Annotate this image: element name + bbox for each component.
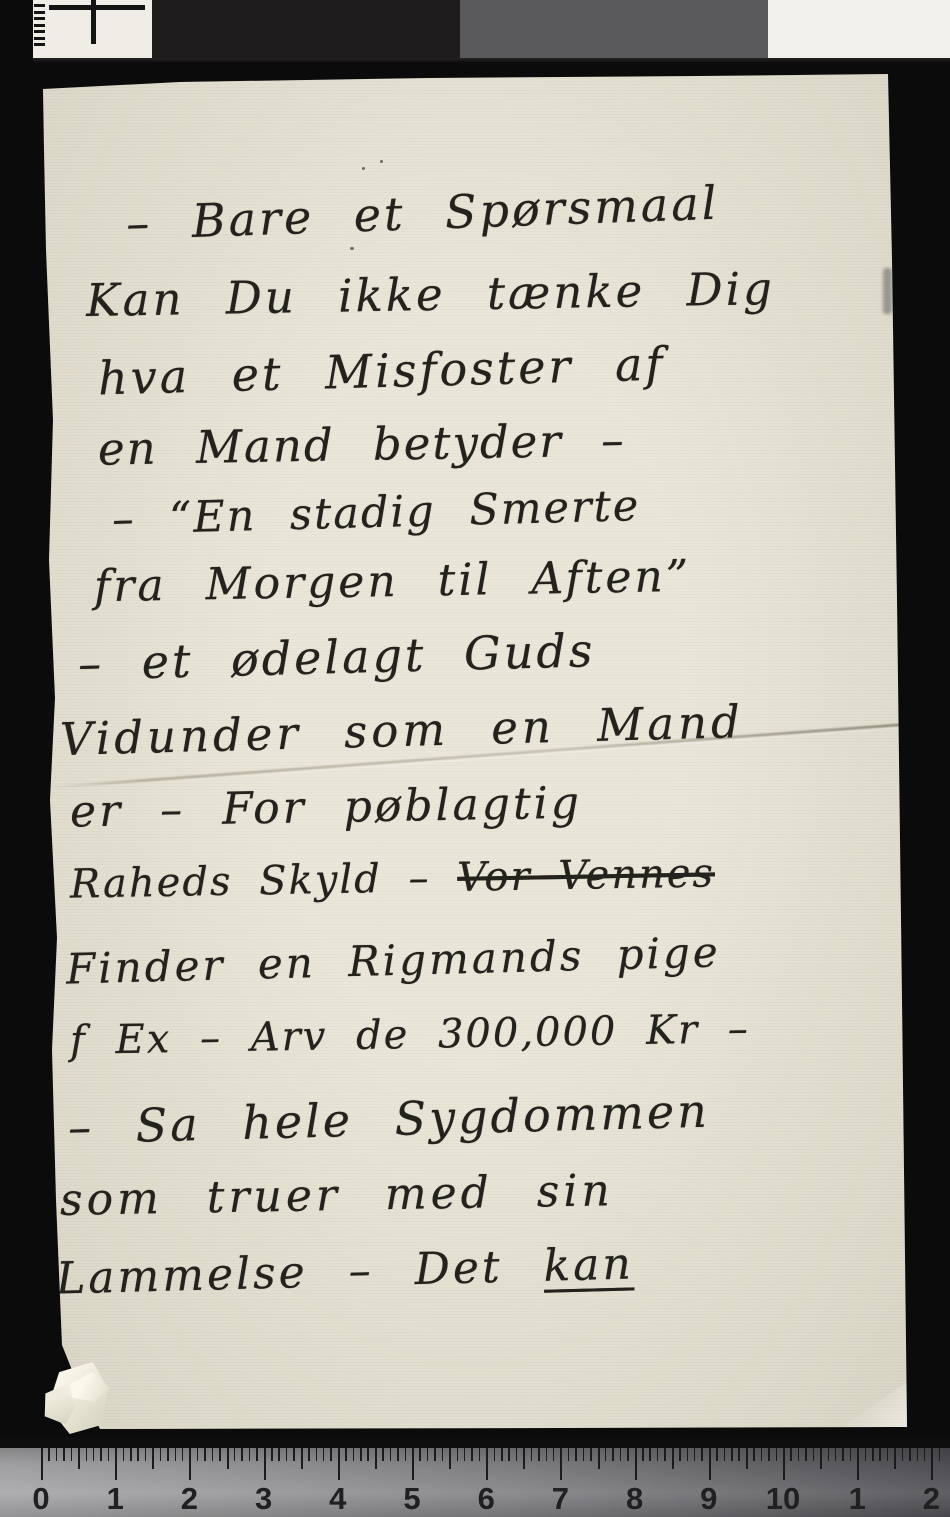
ruler-tick [531, 1448, 533, 1461]
ruler-label: 2 [181, 1481, 198, 1517]
ruler-tick [360, 1448, 362, 1461]
ruler-tick [620, 1448, 622, 1461]
ruler-tick [71, 1448, 73, 1461]
ruler-tick [813, 1448, 815, 1461]
handwriting-text: som truer med sin [60, 1165, 615, 1226]
struck-out-text: Vor Vennes [457, 850, 716, 900]
ruler-tick [256, 1448, 258, 1461]
ruler-sheen [0, 1437, 950, 1517]
calibration-tick [34, 30, 45, 33]
ruler-tick [939, 1448, 941, 1461]
ruler-tick [390, 1448, 392, 1461]
ruler-label: 6 [478, 1481, 495, 1517]
ruler-tick [664, 1448, 666, 1461]
ruler-tick [909, 1448, 911, 1461]
ruler-tick [627, 1448, 629, 1461]
ruler-tick [234, 1448, 236, 1461]
ruler-tick [724, 1448, 726, 1461]
ruler-tick [286, 1448, 288, 1461]
ruler-tick [123, 1448, 125, 1461]
ruler-tick [115, 1448, 117, 1480]
ruler-tick [508, 1448, 510, 1461]
ruler-tick [78, 1448, 80, 1469]
right-edge-smudge [883, 268, 892, 314]
ruler-label: 0 [32, 1481, 49, 1517]
ruler-label: 1 [107, 1481, 124, 1517]
ruler-tick [464, 1448, 466, 1461]
ruler-tick [605, 1448, 607, 1461]
ruler-tick [405, 1448, 407, 1461]
calibration-tick [34, 11, 45, 14]
ruler-tick [278, 1448, 280, 1461]
ruler-label: 1 [849, 1481, 866, 1517]
calibration-white-card [33, 0, 152, 62]
ruler-tick [649, 1448, 651, 1461]
ink-speck [380, 160, 383, 163]
ruler-tick [746, 1448, 748, 1469]
ruler-tick [160, 1448, 162, 1461]
ruler-tick [575, 1448, 577, 1461]
ruler-tick [657, 1448, 659, 1461]
ruler-tick [590, 1448, 592, 1461]
ruler-tick [865, 1448, 867, 1461]
ruler-tick [412, 1448, 414, 1480]
ruler-tick [805, 1448, 807, 1461]
ruler-tick [790, 1448, 792, 1461]
ruler-tick [108, 1448, 110, 1461]
ruler-tick [145, 1448, 147, 1461]
ruler-tick [353, 1448, 355, 1461]
ruler-tick [887, 1448, 889, 1461]
handwriting-text: fra Morgen til Aften” [94, 551, 692, 612]
ruler-tick [560, 1448, 562, 1480]
ruler-label: 8 [626, 1481, 643, 1517]
ruler-tick [48, 1448, 50, 1461]
ruler-tick [308, 1448, 310, 1461]
ruler-tick [345, 1448, 347, 1461]
calibration-white-patch [768, 0, 950, 58]
ruler-tick [924, 1448, 926, 1461]
calibration-strip [0, 0, 950, 64]
ruler-tick [427, 1448, 429, 1461]
ruler-tick [375, 1448, 377, 1469]
ruler-tick [41, 1448, 43, 1480]
ruler: 01234567891012 [0, 1437, 950, 1517]
ruler-tick [857, 1448, 859, 1480]
ruler-tick [716, 1448, 718, 1461]
underlined-text: kan [543, 1238, 635, 1291]
ruler-tick [538, 1448, 540, 1461]
ruler-tick [776, 1448, 778, 1461]
ruler-tick [523, 1448, 525, 1469]
ruler-tick [471, 1448, 473, 1461]
calibration-black-patch [152, 0, 460, 60]
ruler-top-edge [0, 1437, 950, 1448]
ruler-tick [197, 1448, 199, 1461]
ruler-tick [642, 1448, 644, 1461]
ruler-tick [583, 1448, 585, 1461]
ruler-tick [894, 1448, 896, 1469]
ruler-tick [872, 1448, 874, 1461]
ruler-tick [820, 1448, 822, 1469]
ruler-tick [227, 1448, 229, 1469]
ruler-tick [694, 1448, 696, 1461]
ruler-label: 4 [329, 1481, 346, 1517]
ruler-tick [761, 1448, 763, 1461]
ruler-tick [835, 1448, 837, 1461]
ruler-tick [850, 1448, 852, 1461]
ruler-tick [598, 1448, 600, 1469]
ruler-tick [842, 1448, 844, 1461]
ruler-tick [546, 1448, 548, 1461]
ruler-tick [917, 1448, 919, 1461]
ruler-tick [457, 1448, 459, 1461]
ruler-tick [316, 1448, 318, 1461]
ruler-tick [241, 1448, 243, 1461]
ruler-tick [204, 1448, 206, 1461]
ruler-label: 9 [700, 1481, 717, 1517]
calibration-gray-patch [460, 0, 768, 59]
handwriting-line: fra Morgen til Aften” [94, 551, 692, 612]
ruler-tick [709, 1448, 711, 1480]
ruler-tick [189, 1448, 191, 1480]
ruler-tick [271, 1448, 273, 1461]
handwriting-text: er – For pøblagtig [70, 778, 583, 838]
ruler-tick [293, 1448, 295, 1461]
ink-speck [362, 167, 365, 170]
handwriting-line: en Mand betyder – [98, 413, 626, 475]
ruler-tick [130, 1448, 132, 1461]
ruler-tick [212, 1448, 214, 1461]
ruler-tick [731, 1448, 733, 1461]
handwriting-text: en Mand betyder – [98, 413, 626, 475]
ruler-tick [568, 1448, 570, 1461]
ruler-tick [672, 1448, 674, 1469]
ruler-tick [219, 1448, 221, 1461]
ruler-tick [738, 1448, 740, 1461]
ruler-tick [449, 1448, 451, 1469]
ruler-tick [516, 1448, 518, 1461]
calibration-strip-shadow-edge [33, 58, 950, 63]
handwriting-text: Raheds Skyld – [70, 855, 458, 908]
ruler-tick [479, 1448, 481, 1461]
registration-cross-horizontal [49, 5, 145, 10]
ruler-tick [828, 1448, 830, 1461]
handwriting-line: som truer med sin [60, 1165, 615, 1226]
ruler-tick [687, 1448, 689, 1461]
ruler-label: 5 [403, 1481, 420, 1517]
ruler-tick [701, 1448, 703, 1461]
ruler-tick [553, 1448, 555, 1461]
ruler-tick [264, 1448, 266, 1480]
ruler-tick [152, 1448, 154, 1469]
ruler-tick [486, 1448, 488, 1480]
ruler-tick [137, 1448, 139, 1461]
ruler-tick [93, 1448, 95, 1461]
handwriting-line: er – For pøblagtig [70, 778, 583, 838]
ink-speck [350, 247, 354, 250]
ruler-tick [679, 1448, 681, 1461]
ruler-tick [419, 1448, 421, 1461]
calibration-tick [34, 17, 45, 20]
calibration-tick [34, 24, 45, 27]
ruler-tick [902, 1448, 904, 1461]
ruler-tick [323, 1448, 325, 1461]
ruler-tick [931, 1448, 933, 1480]
ruler-tick [330, 1448, 332, 1461]
ruler-tick [612, 1448, 614, 1461]
ruler-tick [768, 1448, 770, 1461]
ruler-tick [753, 1448, 755, 1461]
ruler-tick [100, 1448, 102, 1461]
photograph-stage: – Bare et SpørsmaalKan Du ikke tænke Dig… [0, 0, 950, 1517]
ruler-tick [182, 1448, 184, 1461]
ruler-tick [249, 1448, 251, 1461]
ruler-tick [367, 1448, 369, 1461]
ruler-tick [397, 1448, 399, 1461]
ruler-tick [783, 1448, 785, 1480]
calibration-tick [34, 4, 45, 7]
ruler-tick [175, 1448, 177, 1461]
ruler-tick [434, 1448, 436, 1461]
ruler-label: 7 [552, 1481, 569, 1517]
ruler-tick [798, 1448, 800, 1461]
ruler-tick [86, 1448, 88, 1461]
ruler-tick [879, 1448, 881, 1461]
ruler-label: 2 [923, 1481, 940, 1517]
ruler-label: 10 [766, 1481, 800, 1517]
ruler-tick [501, 1448, 503, 1461]
calibration-tick [34, 37, 45, 40]
calibration-tick [34, 43, 45, 46]
ruler-tick [301, 1448, 303, 1469]
ruler-label: 3 [255, 1481, 272, 1517]
ruler-tick [63, 1448, 65, 1461]
ruler-tick [635, 1448, 637, 1480]
ruler-tick [167, 1448, 169, 1461]
ruler-tick [494, 1448, 496, 1461]
ruler-tick [338, 1448, 340, 1480]
ruler-tick [56, 1448, 58, 1461]
letter-paper: – Bare et SpørsmaalKan Du ikke tænke Dig… [0, 0, 950, 1517]
ruler-tick [442, 1448, 444, 1461]
ruler-tick [382, 1448, 384, 1461]
